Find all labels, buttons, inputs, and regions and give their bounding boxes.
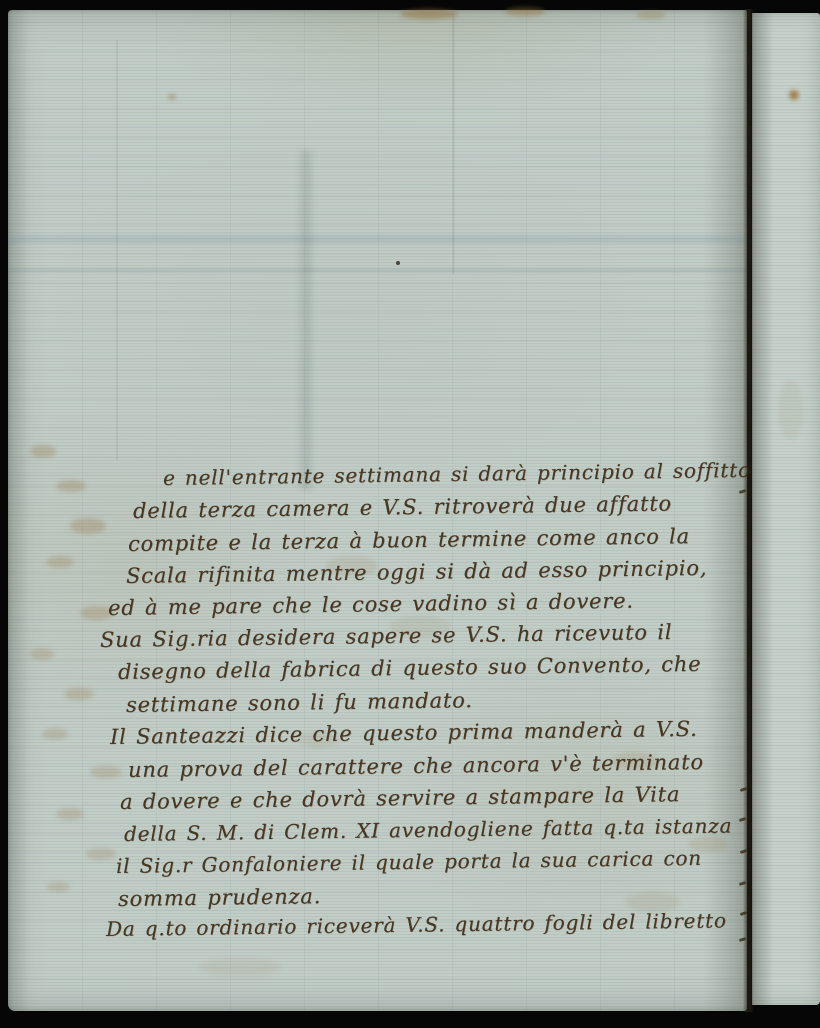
handwritten-line: ed à me pare che le cose vadino sì a dov… (108, 589, 634, 620)
manuscript-photo: { "colors": { "background": "#060606", "… (0, 0, 820, 1028)
letter-body: e nell'entrante settimana si darà princi… (0, 0, 820, 1028)
handwritten-line: compite e la terza à buon termine come a… (128, 524, 690, 556)
handwritten-line: della terza camera e V.S. ritroverà due … (133, 491, 672, 523)
handwritten-line: Il Santeazzi dice che questo prima mande… (110, 717, 698, 749)
handwritten-line: Da q.to ordinario riceverà V.S. quattro … (106, 908, 727, 941)
handwritten-line: settimane sono li fu mandato. (126, 688, 473, 717)
handwritten-line: una prova del carattere che ancora v'è t… (128, 750, 704, 782)
handwritten-line: Sua Sig.ria desidera sapere se V.S. ha r… (100, 620, 673, 652)
handwritten-line: della S. M. di Clem. XI avendogliene fat… (124, 814, 733, 846)
handwritten-line: Scala rifinita mentre oggi si dà ad esso… (126, 556, 708, 588)
handwritten-line: somma prudenza. (118, 884, 321, 911)
handwritten-line: e nell'entrante settimana si darà princi… (163, 458, 751, 490)
handwritten-line: a dovere e che dovrà servire a stampare … (120, 782, 681, 814)
binding-fold (743, 9, 754, 1012)
handwritten-line: il Sig.r Gonfaloniere il quale porta la … (116, 846, 702, 878)
handwritten-line: disegno della fabrica di questo suo Conv… (118, 652, 702, 684)
